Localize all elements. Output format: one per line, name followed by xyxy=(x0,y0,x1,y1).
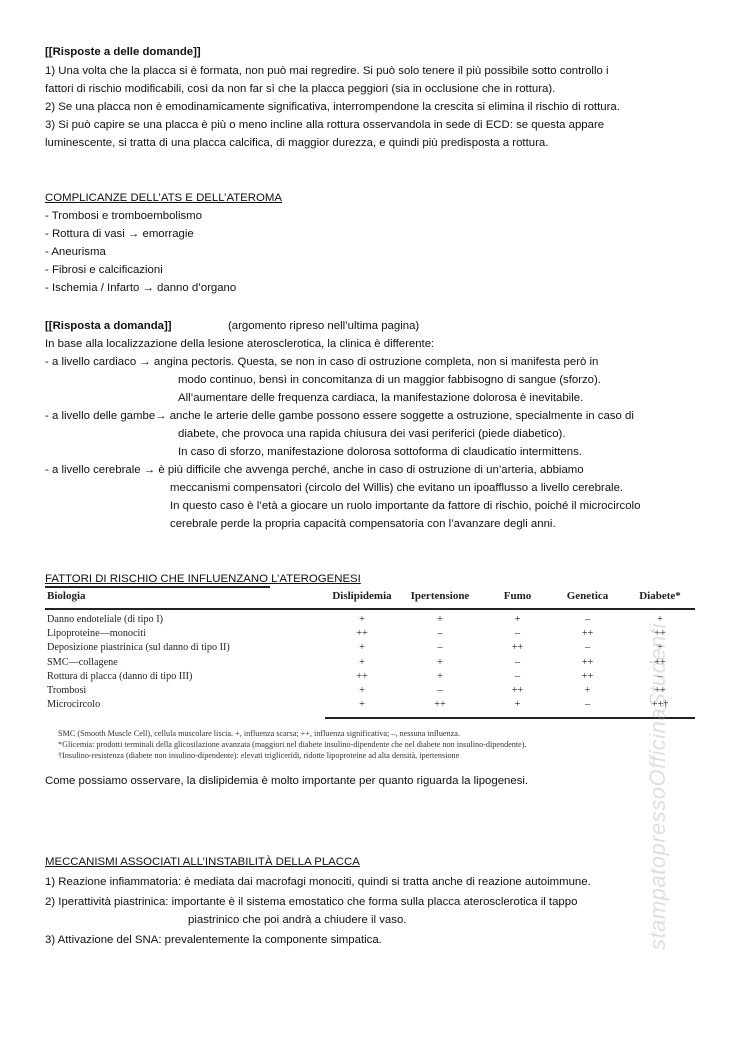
table-row: Lipoproteine—monociti++––++++ xyxy=(45,628,695,642)
cardiac-line: All’aumentare delle frequenza cardiaca, … xyxy=(178,389,583,407)
table-cell: – xyxy=(485,657,550,668)
answer-line: luminescente, si tratta di una placca ca… xyxy=(45,134,548,152)
table-cell: + xyxy=(327,642,397,653)
instability-item: piastrinico che poi andrà a chiudere il … xyxy=(188,911,406,929)
table-row-label: Danno endoteliale (di tipo I) xyxy=(47,614,163,625)
table-note: *Glicemia: prodotti terminali della glic… xyxy=(58,739,527,750)
answer-line: 1) Una volta che la placca si è formata,… xyxy=(45,62,609,80)
table-note: SMC (Smooth Muscle Cell), cellula muscol… xyxy=(58,728,527,739)
table-cell: + xyxy=(555,685,620,696)
table-row: Microcircolo++++–++† xyxy=(45,699,695,713)
table-cell: ++ xyxy=(555,628,620,639)
answer2-heading: [[Risposta a domanda]] xyxy=(45,320,172,332)
table-cell: – xyxy=(400,642,480,653)
table-row: Rottura di placca (danno di tipo III)+++… xyxy=(45,671,695,685)
table-cell: ++ xyxy=(555,671,620,682)
table-cell: ++ xyxy=(485,685,550,696)
complication-item: - Rottura di vasi → emorragie xyxy=(45,225,194,243)
answer-line: fattori di rischio modificabili, così da… xyxy=(45,80,555,98)
table-row-label: Rottura di placca (danno di tipo III) xyxy=(47,671,192,682)
complication-item: - Fibrosi e calcificazioni xyxy=(45,261,163,279)
cardiac-line: - a livello cardiaco → angina pectoris. … xyxy=(45,353,598,371)
table-header: Ipertensione xyxy=(400,590,480,602)
table-row: Danno endoteliale (di tipo I)+++–+ xyxy=(45,614,695,628)
table-row: SMC—collagene++–++++ xyxy=(45,657,695,671)
legs-line: In caso di sforzo, manifestazione doloro… xyxy=(178,443,582,461)
risk-conclusion: Come possiamo osservare, la dislipidemia… xyxy=(45,772,528,790)
table-body: Danno endoteliale (di tipo I)+++–+Lipopr… xyxy=(45,614,695,713)
legs-line: - a livello delle gambe→ anche le arteri… xyxy=(45,407,634,425)
table-row-label: Trombosi xyxy=(47,685,86,696)
table-note: †Insulino-resistenza (diabete non insuli… xyxy=(58,750,527,761)
answer2-heading-row: [[Risposta a domanda]] xyxy=(45,317,172,335)
complication-item: - Trombosi e tromboembolismo xyxy=(45,207,202,225)
table-header: Dislipidemia xyxy=(327,590,397,602)
table-cell: + xyxy=(327,657,397,668)
table-cell: ++ xyxy=(485,642,550,653)
table-header-rule xyxy=(45,608,695,610)
table-cell: ++ xyxy=(327,671,397,682)
answers-heading: [[Risposte a delle domande]] xyxy=(45,43,201,61)
table-cell: ++ xyxy=(400,699,480,710)
table-cell: – xyxy=(555,614,620,625)
watermark: stampatopressoOfficinaStudenti xyxy=(645,623,671,950)
table-row-label: Deposizione piastrinica (sul danno di ti… xyxy=(47,642,230,653)
complication-item: - Aneurisma xyxy=(45,243,106,261)
table-header: Biologia xyxy=(47,590,86,602)
table-cell: + xyxy=(327,699,397,710)
table-row-label: Microcircolo xyxy=(47,699,100,710)
table-cell: – xyxy=(485,628,550,639)
answer2-intro: In base alla localizzazione della lesion… xyxy=(45,335,434,353)
answer-line: 3) Si può capire se una placca è più o m… xyxy=(45,116,604,134)
cerebral-line: In questo caso è l’età a giocare un ruol… xyxy=(170,497,640,515)
instability-item: 3) Attivazione del SNA: prevalentemente … xyxy=(45,931,382,949)
table-cell: – xyxy=(555,699,620,710)
table-cell: ++ xyxy=(555,657,620,668)
table-cell: + xyxy=(327,685,397,696)
table-row: Deposizione piastrinica (sul danno di ti… xyxy=(45,642,695,656)
table-cell: + xyxy=(400,657,480,668)
risk-factors-table: Biologia Dislipidemia Ipertensione Fumo … xyxy=(45,586,695,719)
table-header: Diabete* xyxy=(630,590,690,602)
table-header: Genetica xyxy=(555,590,620,602)
table-cell: – xyxy=(555,642,620,653)
table-notes: SMC (Smooth Muscle Cell), cellula muscol… xyxy=(58,728,527,761)
table-cell: + xyxy=(485,614,550,625)
cardiac-line: modo continuo, bensì in concomitanza di … xyxy=(178,371,601,389)
table-cell: + xyxy=(400,671,480,682)
table-row-label: Lipoproteine—monociti xyxy=(47,628,146,639)
table-header-row: Biologia Dislipidemia Ipertensione Fumo … xyxy=(45,586,695,608)
table-cell: + xyxy=(400,614,480,625)
answer-line: 2) Se una placca non è emodinamicamente … xyxy=(45,98,620,116)
answer2-note: (argomento ripreso nell’ultima pagina) xyxy=(228,317,419,335)
table-cell: – xyxy=(485,671,550,682)
cerebral-line: - a livello cerebrale → è più difficile … xyxy=(45,461,584,479)
instability-item: 1) Reazione infiammatoria: è mediata dai… xyxy=(45,873,591,891)
instability-item: 2) Iperattività piastrinica: importante … xyxy=(45,893,577,911)
cerebral-line: meccanismi compensatori (circolo del Wil… xyxy=(170,479,623,497)
table-cell: – xyxy=(400,628,480,639)
table-cell: + xyxy=(327,614,397,625)
table-row: Trombosi+–+++++ xyxy=(45,685,695,699)
table-bottom-rule xyxy=(325,717,695,719)
legs-line: diabete, che provoca una rapida chiusura… xyxy=(178,425,566,443)
complication-item: - Ischemia / Infarto → danno d’organo xyxy=(45,279,236,297)
instability-heading: MECCANISMI ASSOCIATI ALL’INSTABILITÀ DEL… xyxy=(45,853,360,871)
complications-heading: COMPLICANZE DELL’ATS E DELL’ATEROMA xyxy=(45,189,282,207)
table-cell: + xyxy=(485,699,550,710)
table-header: Fumo xyxy=(485,590,550,602)
cerebral-line: cerebrale perde la propria capacità comp… xyxy=(170,515,556,533)
table-cell: – xyxy=(400,685,480,696)
table-row-label: SMC—collagene xyxy=(47,657,118,668)
table-cell: ++ xyxy=(327,628,397,639)
